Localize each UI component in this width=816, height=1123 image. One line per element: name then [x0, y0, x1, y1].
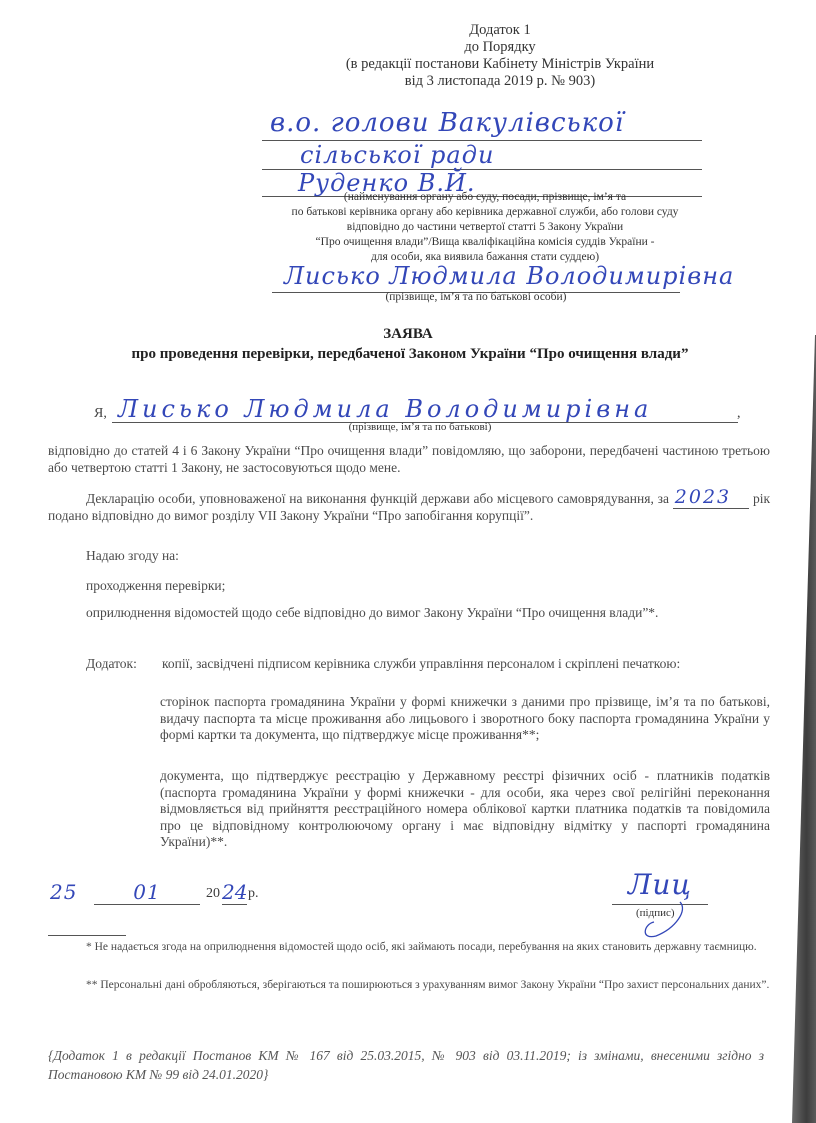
- addressee-block: в.о. голови Вакулівської сільської ради …: [262, 108, 702, 197]
- signature-block: Лиц (підпис): [612, 868, 712, 928]
- attachment-item-passport: сторінок паспорта громадянина України у …: [160, 694, 770, 744]
- date-year-suffix: 24: [222, 880, 247, 905]
- addressee-handwritten-line-2: сільської ради: [262, 141, 702, 170]
- declaration-year: 2023: [673, 486, 749, 509]
- footnote-1: * Не надається згода на оприлюднення від…: [48, 940, 770, 955]
- statement-suffix: ,: [737, 406, 741, 422]
- addressee-caption: (найменування органу або суду, посади, п…: [250, 190, 720, 265]
- date-day: 25: [50, 880, 77, 904]
- signature-flourish-icon: [636, 900, 696, 940]
- statement-paragraph-1: відповідно до статей 4 і 6 Закону Україн…: [48, 443, 770, 476]
- attachment-label: Додаток:: [86, 656, 137, 673]
- appendix-header: Додаток 1 до Порядку (в редакції постано…: [300, 22, 700, 90]
- date-year-prefix: 20: [206, 886, 220, 902]
- date-line: 25 01 20 24 р.: [50, 880, 290, 908]
- attachment-intro: копії, засвідчені підписом керівника слу…: [160, 656, 770, 673]
- date-year-end: р.: [248, 886, 259, 902]
- appendix-edition: (в редакції постанови Кабінету Міністрів…: [300, 56, 700, 73]
- consent-heading: Надаю згоду на:: [86, 548, 179, 565]
- signature-handwritten: Лиц: [628, 868, 692, 901]
- applicant-caption: (прізвище, ім’я та по батькові особи): [272, 290, 680, 305]
- addressee-caption-line: “Про очищення влади”/Вища кваліфікаційна…: [250, 235, 720, 250]
- statement-prefix: Я,: [94, 406, 107, 422]
- consent-item-verification: проходження перевірки;: [86, 578, 225, 595]
- appendix-date: від 3 листопада 2019 р. № 903): [300, 73, 700, 90]
- addressee-caption-line: (найменування органу або суду, посади, п…: [250, 190, 720, 205]
- editorial-note: {Додаток 1 в редакції Постанов КМ № 167 …: [48, 1046, 764, 1084]
- applicant-handwritten-name: Лисько Людмила Володимирівна: [272, 262, 680, 293]
- statement-paragraph-2: Декларацію особи, уповноваженої на викон…: [48, 489, 770, 524]
- document-title: ЗАЯВА: [0, 326, 816, 343]
- declaration-text-before: Декларацію особи, уповноваженої на викон…: [86, 491, 669, 506]
- attachment-item-tax-registration: документа, що підтверджує реєстрацію у Д…: [160, 768, 770, 851]
- footnote-2: ** Персональні дані обробляються, зберіг…: [48, 978, 770, 993]
- scan-edge-shadow: [792, 0, 816, 1123]
- addressee-caption-line: відповідно до частини четвертої статті 5…: [250, 220, 720, 235]
- appendix-number: Додаток 1: [300, 22, 700, 39]
- statement-caption: (прізвище, ім’я та по батькові): [220, 420, 620, 435]
- footnote-separator: [48, 935, 126, 936]
- document-subtitle: про проведення перевірки, передбаченої З…: [30, 346, 790, 363]
- appendix-to-procedure: до Порядку: [300, 39, 700, 56]
- addressee-handwritten-line-1: в.о. голови Вакулівської: [262, 108, 702, 141]
- addressee-caption-line: по батькові керівника органу або керівни…: [250, 205, 720, 220]
- date-month: 01: [94, 880, 200, 905]
- statement-handwritten-name: Лисько Людмила Володимирівна: [112, 396, 738, 423]
- consent-item-publication: оприлюднення відомостей щодо себе відпов…: [48, 605, 770, 622]
